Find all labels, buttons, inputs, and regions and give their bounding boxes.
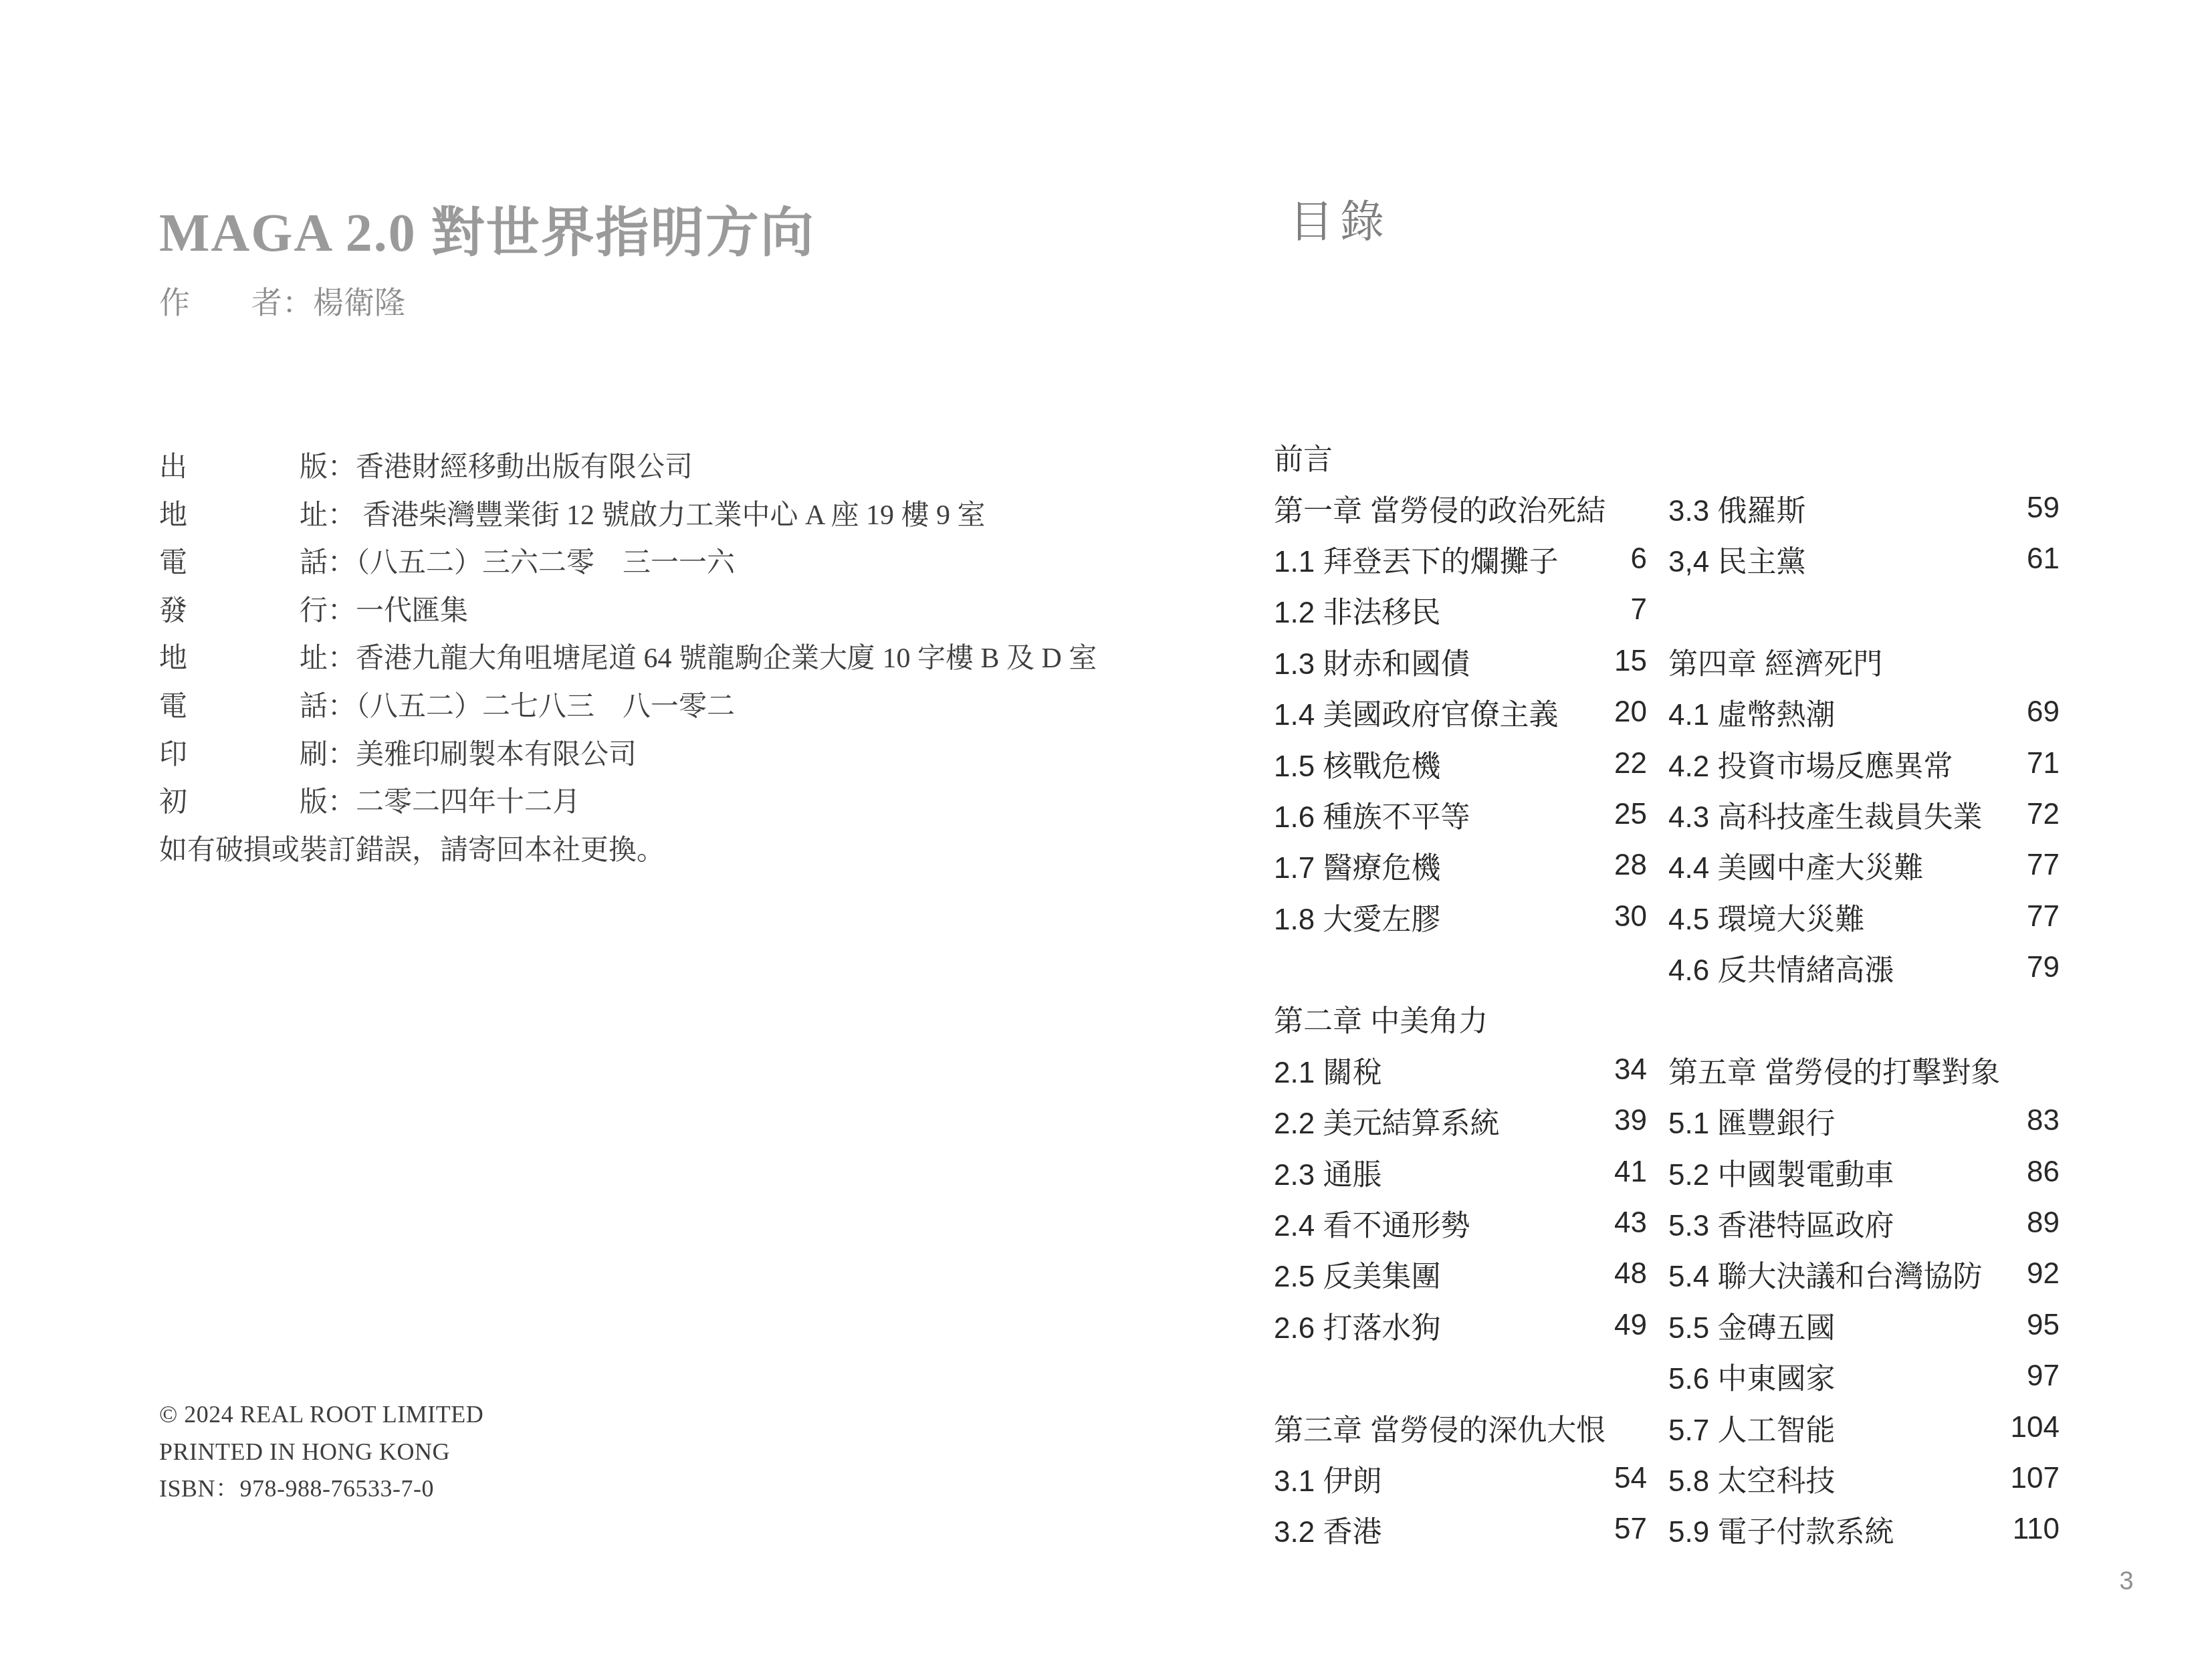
toc-entry-row: 3,4 民主黨61 (1668, 534, 2060, 584)
toc-entry-label: 3.3 俄羅斯 (1668, 487, 1805, 530)
toc-entry-row: 1.2 非法移民7 (1274, 584, 1647, 635)
toc-entry-label: 4.6 反共情緒高漲 (1668, 946, 1894, 989)
toc-entry-page-number: 92 (2027, 1257, 2060, 1291)
book-page: MAGA 2.0 對世界指明方向 作 者：楊衛隆 出 版：香港財經移動出版有限公… (0, 0, 2212, 1659)
copyright-block: © 2024 REAL ROOT LIMITEDPRINTED IN HONG … (159, 1396, 483, 1508)
toc-entry-row: 5.5 金磚五國95 (1668, 1300, 2060, 1351)
publisher-info-block: 出 版：香港財經移動出版有限公司地 址： 香港柴灣豐業街 12 號啟力工業中心 … (159, 444, 1097, 875)
toc-entry-row: 1.1 拜登丟下的爛攤子6 (1274, 534, 1647, 584)
publisher-info-line: 地 址：香港九龍大角咀塘尾道 64 號龍駒企業大廈 10 字樓 B 及 D 室 (159, 635, 1097, 683)
toc-entry-page-number: 43 (1614, 1206, 1647, 1240)
toc-entry-label: 2.3 通脹 (1274, 1151, 1381, 1194)
toc-entry-row: 5.9 電子付款系統110 (1668, 1504, 2060, 1555)
toc-entry-page-number: 72 (2027, 798, 2060, 831)
toc-entry-label: 5.5 金磚五國 (1668, 1304, 1835, 1347)
toc-entry-row: 2.2 美元結算系統39 (1274, 1095, 1647, 1146)
toc-entry-label: 1.3 財赤和國債 (1274, 640, 1470, 683)
toc-entry-page-number: 15 (1614, 645, 1647, 678)
toc-entry-page-number: 39 (1614, 1104, 1647, 1137)
toc-entry-label: 前言 (1274, 435, 1333, 478)
toc-entry-row: 4.6 反共情緒高漲79 (1668, 942, 2060, 993)
toc-entry-page-number: 7 (1631, 593, 1647, 627)
toc-chapter-row: 第三章 當勞侵的深仇大恨 (1274, 1402, 1647, 1452)
publisher-info-line: 印 刷：美雅印刷製本有限公司 (159, 732, 1097, 780)
book-title: MAGA 2.0 對世界指明方向 (159, 189, 815, 266)
toc-entry-label: 2.5 反美集團 (1274, 1252, 1440, 1295)
toc-entry-row: 1.6 種族不平等25 (1274, 789, 1647, 840)
publisher-info-line: 地 址： 香港柴灣豐業街 12 號啟力工業中心 A 座 19 樓 9 室 (159, 492, 1097, 540)
toc-entry-label: 2.1 關稅 (1274, 1048, 1381, 1091)
toc-entry-label: 4.3 高科技產生裁員失業 (1668, 793, 1982, 836)
toc-entry-page-number: 95 (2027, 1309, 2060, 1342)
toc-entry-page-number: 6 (1631, 542, 1647, 576)
toc-entry-row: 5.8 太空科技107 (1668, 1453, 2060, 1504)
toc-chapter-row: 第一章 當勞侵的政治死結 (1274, 482, 1647, 533)
toc-entry-label: 第五章 當勞侵的打擊對象 (1668, 1048, 2000, 1091)
toc-entry-label: 1.5 核戰危機 (1274, 742, 1440, 785)
publisher-info-line: 電 話：（八五二）二七八三 八一零二 (159, 683, 1097, 732)
toc-entry-row: 5.6 中東國家97 (1668, 1351, 2060, 1402)
toc-entry-label: 4.5 環境大災難 (1668, 895, 1864, 938)
toc-entry-row: 2.1 關稅34 (1274, 1044, 1647, 1095)
copyright-line: © 2024 REAL ROOT LIMITED (159, 1396, 483, 1434)
publisher-info-line: 發 行：一代匯集 (159, 588, 1097, 636)
toc-entry-page-number: 77 (2027, 849, 2060, 882)
toc-entry-row: 2.3 通脹41 (1274, 1146, 1647, 1197)
toc-entry-label: 5.8 太空科技 (1668, 1457, 1835, 1500)
toc-blank-row (1668, 584, 2060, 635)
toc-entry-label: 1.1 拜登丟下的爛攤子 (1274, 538, 1558, 580)
toc-entry-label: 2.6 打落水狗 (1274, 1304, 1440, 1347)
toc-entry-label: 第一章 當勞侵的政治死結 (1274, 487, 1606, 530)
toc-entry-row: 4.1 虛幣熱潮69 (1668, 687, 2060, 738)
publisher-info-line: 出 版：香港財經移動出版有限公司 (159, 444, 1097, 492)
copyright-line: PRINTED IN HONG KONG (159, 1434, 483, 1471)
toc-entry-label: 第四章 經濟死門 (1668, 640, 1882, 683)
toc-entry-label: 4.1 虛幣熱潮 (1668, 691, 1835, 734)
toc-entry-page-number: 25 (1614, 798, 1647, 831)
toc-entry-row: 4.4 美國中產大災難77 (1668, 840, 2060, 891)
toc-entry-label: 第二章 中美角力 (1274, 997, 1488, 1040)
toc-entry-label: 5.3 香港特區政府 (1668, 1202, 1894, 1244)
toc-entry-row: 4.5 環境大災難77 (1668, 891, 2060, 942)
toc-entry-page-number: 30 (1614, 900, 1647, 933)
toc-entry-row: 1.4 美國政府官僚主義20 (1274, 687, 1647, 738)
toc-entry-page-number: 34 (1614, 1053, 1647, 1087)
publisher-info-line: 如有破損或裝訂錯誤，請寄回本社更換。 (159, 827, 1097, 875)
toc-column-1: 前言第一章 當勞侵的政治死結1.1 拜登丟下的爛攤子61.2 非法移民71.3 … (1274, 431, 1647, 1555)
author-line: 作 者：楊衛隆 (159, 278, 405, 322)
toc-entry-page-number: 49 (1614, 1309, 1647, 1342)
toc-entry-page-number: 22 (1614, 747, 1647, 780)
toc-entry-page-number: 41 (1614, 1155, 1647, 1189)
toc-blank-row (1668, 993, 2060, 1044)
toc-entry-page-number: 20 (1614, 695, 1647, 729)
toc-entry-label: 4.2 投資市場反應異常 (1668, 742, 1953, 785)
toc-entry-row: 3.1 伊朗54 (1274, 1453, 1647, 1504)
toc-entry-page-number: 83 (2027, 1104, 2060, 1137)
publisher-info-line: 電 話：（八五二）三六二零 三一一六 (159, 540, 1097, 588)
toc-entry-row: 5.1 匯豐銀行83 (1668, 1095, 2060, 1146)
toc-entry-row: 5.2 中國製電動車86 (1668, 1146, 2060, 1197)
toc-entry-page-number: 61 (2027, 542, 2060, 576)
toc-chapter-row: 第五章 當勞侵的打擊對象 (1668, 1044, 2060, 1095)
toc-entry-row: 2.4 看不通形勢43 (1274, 1198, 1647, 1248)
toc-entry-page-number: 77 (2027, 900, 2060, 933)
toc-entry-page-number: 57 (1614, 1513, 1647, 1546)
toc-preface-row: 前言 (1274, 431, 1647, 482)
toc-entry-page-number: 86 (2027, 1155, 2060, 1189)
toc-entry-row: 4.3 高科技產生裁員失業72 (1668, 789, 2060, 840)
toc-entry-row: 4.2 投資市場反應異常71 (1668, 738, 2060, 788)
toc-entry-page-number: 104 (2011, 1411, 2060, 1444)
toc-entry-page-number: 54 (1614, 1462, 1647, 1495)
toc-entry-label: 5.7 人工智能 (1668, 1406, 1835, 1449)
toc-entry-page-number: 71 (2027, 747, 2060, 780)
toc-entry-row: 3.2 香港57 (1274, 1504, 1647, 1555)
toc-entry-row: 1.5 核戰危機22 (1274, 738, 1647, 788)
toc-entry-row: 1.7 醫療危機28 (1274, 840, 1647, 891)
toc-chapter-row: 第二章 中美角力 (1274, 993, 1647, 1044)
toc-entry-page-number: 28 (1614, 849, 1647, 882)
toc-entry-label: 3,4 民主黨 (1668, 538, 1805, 580)
toc-entry-label: 3.1 伊朗 (1274, 1457, 1381, 1500)
toc-entry-label: 2.2 美元結算系統 (1274, 1099, 1499, 1142)
toc-entry-label: 5.9 電子付款系統 (1668, 1508, 1894, 1551)
toc-entry-page-number: 69 (2027, 695, 2060, 729)
toc-column-2: 3.3 俄羅斯593,4 民主黨61第四章 經濟死門4.1 虛幣熱潮694.2 … (1668, 482, 2060, 1555)
toc-entry-row: 3.3 俄羅斯59 (1668, 482, 2060, 533)
toc-entry-row: 1.8 大愛左膠30 (1274, 891, 1647, 942)
toc-entry-row: 1.3 財赤和國債15 (1274, 636, 1647, 687)
toc-entry-label: 4.4 美國中產大災難 (1668, 844, 1923, 887)
toc-entry-page-number: 107 (2011, 1462, 2060, 1495)
toc-entry-page-number: 97 (2027, 1359, 2060, 1393)
toc-entry-page-number: 48 (1614, 1257, 1647, 1291)
toc-blank-row (1274, 942, 1647, 993)
toc-entry-label: 1.2 非法移民 (1274, 588, 1440, 631)
toc-entry-row: 2.5 反美集團48 (1274, 1248, 1647, 1299)
toc-entry-page-number: 110 (2013, 1513, 2060, 1546)
toc-entry-row: 5.3 香港特區政府89 (1668, 1198, 2060, 1248)
toc-chapter-row: 第四章 經濟死門 (1668, 636, 2060, 687)
copyright-line: ISBN：978-988-76533-7-0 (159, 1470, 483, 1508)
toc-entry-label: 1.7 醫療危機 (1274, 844, 1440, 887)
toc-entry-label: 1.4 美國政府官僚主義 (1274, 691, 1558, 734)
toc-entry-label: 3.2 香港 (1274, 1508, 1381, 1551)
toc-entry-row: 5.7 人工智能104 (1668, 1402, 2060, 1452)
toc-entry-label: 2.4 看不通形勢 (1274, 1202, 1470, 1244)
toc-entry-page-number: 89 (2027, 1206, 2060, 1240)
toc-entry-label: 5.6 中東國家 (1668, 1355, 1835, 1398)
toc-entry-label: 1.6 種族不平等 (1274, 793, 1470, 836)
publisher-info-line: 初 版：二零二四年十二月 (159, 779, 1097, 827)
toc-entry-row: 2.6 打落水狗49 (1274, 1300, 1647, 1351)
toc-entry-label: 第三章 當勞侵的深仇大恨 (1274, 1406, 1606, 1449)
toc-blank-row (1274, 1351, 1647, 1402)
toc-entry-row: 5.4 聯大決議和台灣協防92 (1668, 1248, 2060, 1299)
toc-entry-page-number: 59 (2027, 491, 2060, 525)
toc-entry-label: 5.1 匯豐銀行 (1668, 1099, 1835, 1142)
toc-entry-label: 5.4 聯大決議和台灣協防 (1668, 1252, 1982, 1295)
toc-entry-page-number: 79 (2027, 951, 2060, 984)
toc-entry-label: 5.2 中國製電動車 (1668, 1151, 1894, 1194)
page-number: 3 (2100, 1567, 2153, 1596)
toc-entry-label: 1.8 大愛左膠 (1274, 895, 1440, 938)
toc-heading: 目錄 (1289, 186, 1391, 249)
